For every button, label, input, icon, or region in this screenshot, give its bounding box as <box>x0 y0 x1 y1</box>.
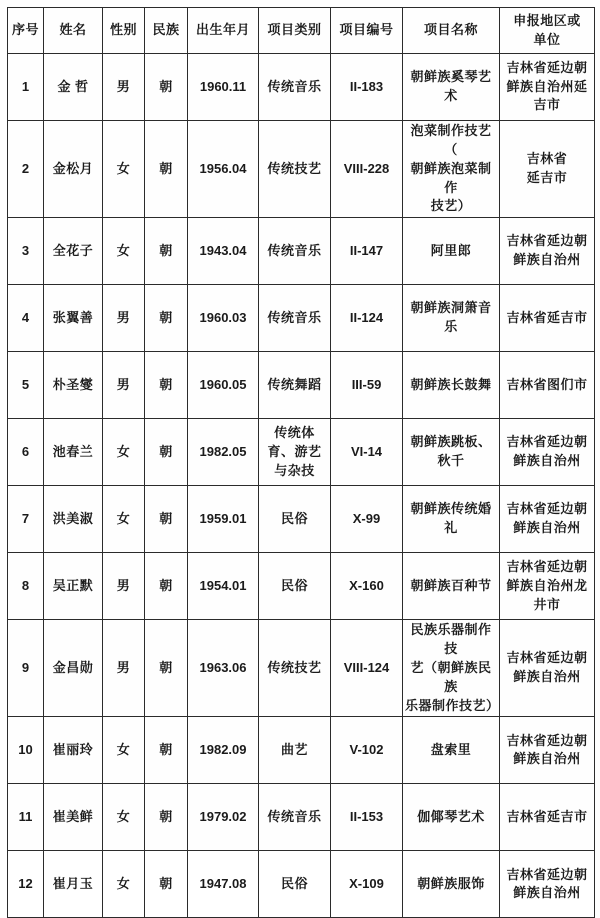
table-cell: 传统音乐 <box>259 285 331 352</box>
table-cell: 朝 <box>145 54 188 121</box>
table-cell: 池春兰 <box>44 419 103 486</box>
table-cell: 11 <box>8 784 44 851</box>
table-cell: 朝鲜族服饰 <box>403 851 500 918</box>
table-cell: 吉林省延边朝 鲜族自治州延 吉市 <box>500 54 595 121</box>
table-cell: 朝 <box>145 851 188 918</box>
table-cell: 1982.09 <box>188 717 259 784</box>
table-cell: 女 <box>103 851 145 918</box>
column-header: 项目类别 <box>259 8 331 54</box>
table-cell: 1954.01 <box>188 553 259 620</box>
table-cell: 朝 <box>145 218 188 285</box>
table-cell: 朝 <box>145 352 188 419</box>
document-page: 序号姓名性别民族出生年月项目类别项目编号项目名称申报地区或 单位 1金 哲男朝1… <box>0 0 600 860</box>
table-cell: 1947.08 <box>188 851 259 918</box>
table-cell: II-153 <box>331 784 403 851</box>
table-cell: 吉林省延吉市 <box>500 285 595 352</box>
table-cell: 崔月玉 <box>44 851 103 918</box>
table-row: 3全花子女朝1943.04传统音乐II-147阿里郎吉林省延边朝 鲜族自治州 <box>8 218 595 285</box>
table-cell: 曲艺 <box>259 717 331 784</box>
table-cell: 1960.05 <box>188 352 259 419</box>
table-cell: VIII-124 <box>331 620 403 717</box>
table-cell: 朝 <box>145 285 188 352</box>
table-cell: 吉林省延边朝 鲜族自治州 <box>500 717 595 784</box>
table-cell: 盘索里 <box>403 717 500 784</box>
table-cell: 1979.02 <box>188 784 259 851</box>
table-cell: X-109 <box>331 851 403 918</box>
column-header: 项目名称 <box>403 8 500 54</box>
table-row: 8吴正默男朝1954.01民俗X-160朝鲜族百种节吉林省延边朝 鲜族自治州龙 … <box>8 553 595 620</box>
table-cell: 传统音乐 <box>259 54 331 121</box>
table-cell: 女 <box>103 717 145 784</box>
table-cell: 民俗 <box>259 486 331 553</box>
column-header: 申报地区或 单位 <box>500 8 595 54</box>
table-cell: II-124 <box>331 285 403 352</box>
table-cell: VIII-228 <box>331 121 403 218</box>
table-cell: II-147 <box>331 218 403 285</box>
table-cell: 吉林省延边朝 鲜族自治州 <box>500 486 595 553</box>
table-cell: 朝 <box>145 784 188 851</box>
column-header: 项目编号 <box>331 8 403 54</box>
table-cell: 朝鲜族奚琴艺术 <box>403 54 500 121</box>
table-cell: 女 <box>103 486 145 553</box>
table-cell: X-99 <box>331 486 403 553</box>
table-cell: II-183 <box>331 54 403 121</box>
table-cell: 8 <box>8 553 44 620</box>
table-cell: 1963.06 <box>188 620 259 717</box>
table-row: 2金松月女朝1956.04传统技艺VIII-228泡菜制作技艺（ 朝鲜族泡菜制作… <box>8 121 595 218</box>
table-cell: 金昌勋 <box>44 620 103 717</box>
table-cell: 7 <box>8 486 44 553</box>
table-cell: III-59 <box>331 352 403 419</box>
table-cell: 朝 <box>145 717 188 784</box>
table-cell: 吉林省延边朝 鲜族自治州 <box>500 218 595 285</box>
table-cell: 1956.04 <box>188 121 259 218</box>
table-cell: X-160 <box>331 553 403 620</box>
table-cell: 吉林省延边朝 鲜族自治州 <box>500 419 595 486</box>
table-row: 7洪美淑女朝1959.01民俗X-99朝鲜族传统婚礼吉林省延边朝 鲜族自治州 <box>8 486 595 553</box>
table-cell: 女 <box>103 784 145 851</box>
table-cell: 民俗 <box>259 851 331 918</box>
table-cell: 9 <box>8 620 44 717</box>
table-cell: 吉林省延吉市 <box>500 784 595 851</box>
column-header: 性别 <box>103 8 145 54</box>
table-cell: 朝 <box>145 486 188 553</box>
table-cell: 全花子 <box>44 218 103 285</box>
table-cell: 男 <box>103 620 145 717</box>
table-cell: 女 <box>103 419 145 486</box>
table-cell: 传统音乐 <box>259 784 331 851</box>
column-header: 民族 <box>145 8 188 54</box>
table-cell: V-102 <box>331 717 403 784</box>
table-cell: 男 <box>103 285 145 352</box>
table-cell: 崔丽玲 <box>44 717 103 784</box>
table-row: 9金昌勋男朝1963.06传统技艺VIII-124民族乐器制作技 艺（朝鲜族民族… <box>8 620 595 717</box>
table-cell: 1943.04 <box>188 218 259 285</box>
table-cell: 金松月 <box>44 121 103 218</box>
table-cell: 朝鲜族跳板、 秋千 <box>403 419 500 486</box>
table-cell: 朝 <box>145 620 188 717</box>
table-cell: 男 <box>103 553 145 620</box>
table-cell: 朝鲜族洞箫音乐 <box>403 285 500 352</box>
heritage-inheritor-table: 序号姓名性别民族出生年月项目类别项目编号项目名称申报地区或 单位 1金 哲男朝1… <box>7 7 595 918</box>
table-cell: 吉林省延边朝 鲜族自治州龙 井市 <box>500 553 595 620</box>
table-cell: 1960.03 <box>188 285 259 352</box>
table-cell: 洪美淑 <box>44 486 103 553</box>
table-cell: 1982.05 <box>188 419 259 486</box>
table-cell: 5 <box>8 352 44 419</box>
table-cell: 吉林省 延吉市 <box>500 121 595 218</box>
table-cell: 朴圣燮 <box>44 352 103 419</box>
table-cell: 泡菜制作技艺（ 朝鲜族泡菜制作 技艺） <box>403 121 500 218</box>
table-row: 4张翼善男朝1960.03传统音乐II-124朝鲜族洞箫音乐吉林省延吉市 <box>8 285 595 352</box>
table-cell: 6 <box>8 419 44 486</box>
table-cell: 朝 <box>145 553 188 620</box>
table-row: 11崔美鲜女朝1979.02传统音乐II-153伽倻琴艺术吉林省延吉市 <box>8 784 595 851</box>
table-cell: 女 <box>103 121 145 218</box>
table-cell: 民族乐器制作技 艺（朝鲜族民族 乐器制作技艺） <box>403 620 500 717</box>
table-cell: 传统音乐 <box>259 218 331 285</box>
table-cell: 阿里郎 <box>403 218 500 285</box>
table-cell: 伽倻琴艺术 <box>403 784 500 851</box>
table-cell: 张翼善 <box>44 285 103 352</box>
table-cell: 传统技艺 <box>259 620 331 717</box>
table-cell: 男 <box>103 352 145 419</box>
column-header: 序号 <box>8 8 44 54</box>
column-header: 出生年月 <box>188 8 259 54</box>
table-cell: 1960.11 <box>188 54 259 121</box>
column-header: 姓名 <box>44 8 103 54</box>
table-cell: 2 <box>8 121 44 218</box>
table-cell: 1959.01 <box>188 486 259 553</box>
table-row: 10崔丽玲女朝1982.09曲艺V-102盘索里吉林省延边朝 鲜族自治州 <box>8 717 595 784</box>
table-cell: 12 <box>8 851 44 918</box>
table-cell: 金 哲 <box>44 54 103 121</box>
table-cell: 吉林省延边朝 鲜族自治州 <box>500 851 595 918</box>
table-cell: 朝鲜族传统婚礼 <box>403 486 500 553</box>
table-cell: 朝鲜族百种节 <box>403 553 500 620</box>
table-row: 12崔月玉女朝1947.08民俗X-109朝鲜族服饰吉林省延边朝 鲜族自治州 <box>8 851 595 918</box>
table-cell: 朝鲜族长鼓舞 <box>403 352 500 419</box>
table-row: 6池春兰女朝1982.05传统体 育、游艺 与杂技VI-14朝鲜族跳板、 秋千吉… <box>8 419 595 486</box>
table-cell: VI-14 <box>331 419 403 486</box>
table-cell: 朝 <box>145 121 188 218</box>
table-cell: 吉林省延边朝 鲜族自治州 <box>500 620 595 717</box>
table-cell: 传统体 育、游艺 与杂技 <box>259 419 331 486</box>
table-cell: 10 <box>8 717 44 784</box>
table-cell: 传统舞蹈 <box>259 352 331 419</box>
table-cell: 传统技艺 <box>259 121 331 218</box>
table-cell: 崔美鲜 <box>44 784 103 851</box>
table-cell: 民俗 <box>259 553 331 620</box>
table-header-row: 序号姓名性别民族出生年月项目类别项目编号项目名称申报地区或 单位 <box>8 8 595 54</box>
table-cell: 朝 <box>145 419 188 486</box>
table-row: 1金 哲男朝1960.11传统音乐II-183朝鲜族奚琴艺术吉林省延边朝 鲜族自… <box>8 54 595 121</box>
table-body: 1金 哲男朝1960.11传统音乐II-183朝鲜族奚琴艺术吉林省延边朝 鲜族自… <box>8 54 595 918</box>
table-cell: 4 <box>8 285 44 352</box>
table-cell: 3 <box>8 218 44 285</box>
table-cell: 吴正默 <box>44 553 103 620</box>
table-cell: 男 <box>103 54 145 121</box>
table-cell: 吉林省图们市 <box>500 352 595 419</box>
table-row: 5朴圣燮男朝1960.05传统舞蹈III-59朝鲜族长鼓舞吉林省图们市 <box>8 352 595 419</box>
table-cell: 女 <box>103 218 145 285</box>
table-cell: 1 <box>8 54 44 121</box>
